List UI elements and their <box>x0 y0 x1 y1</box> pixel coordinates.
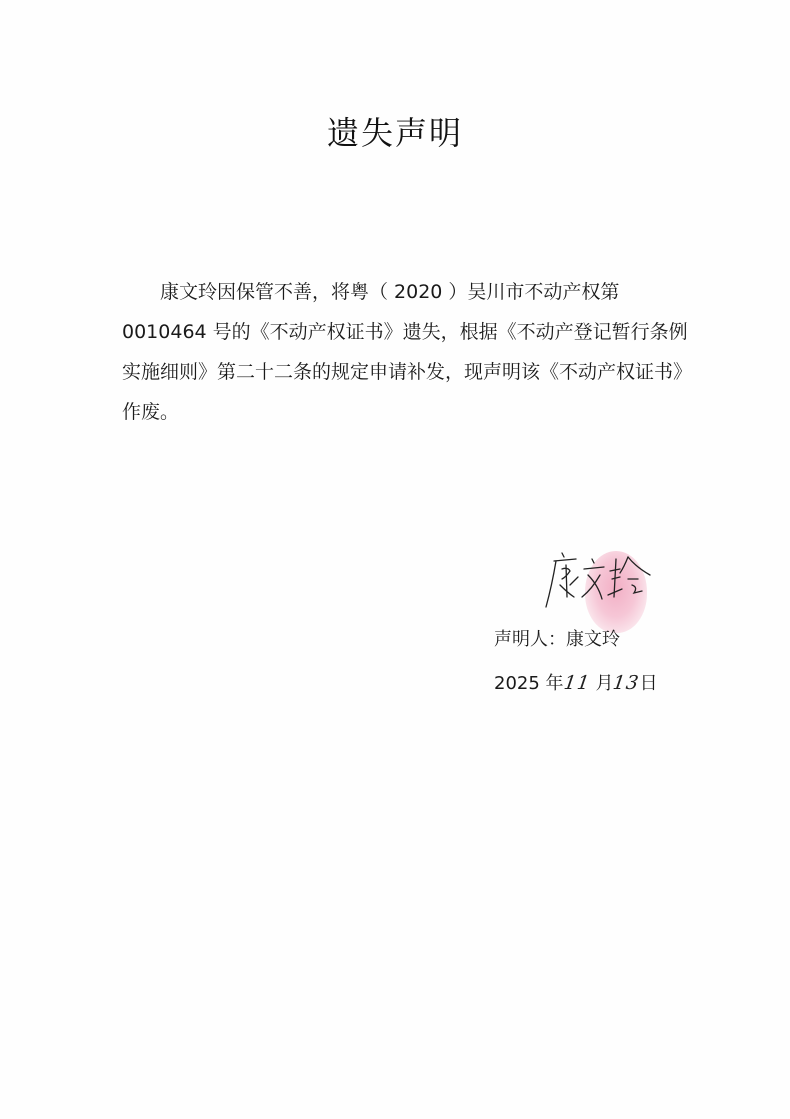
declarant-name: 康文玲 <box>566 629 620 650</box>
signature-block: 声明人：康文玲 2025 年11 月13日 <box>490 545 690 715</box>
declarant-label: 声明人： <box>494 629 566 650</box>
date-year: 2025 <box>494 673 540 694</box>
paragraph-line: 0010464 号的《不动产权证书》遗失，根据《不动产登记暂行条例 <box>122 312 682 352</box>
date-month-handwritten: 11 <box>562 672 591 694</box>
date-year-suffix: 年 <box>546 673 564 694</box>
declarant-line: 声明人：康文玲 <box>494 625 620 651</box>
declaration-paragraph: 康文玲因保管不善，将粤（ 2020 ）吴川市不动产权第 0010464 号的《不… <box>122 272 682 432</box>
paragraph-line: 康文玲因保管不善，将粤（ 2020 ）吴川市不动产权第 <box>122 272 682 312</box>
declaration-date: 2025 年11 月13日 <box>494 669 658 695</box>
paragraph-line: 作废。 <box>122 392 682 432</box>
date-day-suffix: 日 <box>640 673 658 694</box>
handwritten-signature-icon <box>540 545 660 615</box>
date-day-handwritten: 13 <box>612 672 641 694</box>
page-title: 遗失声明 <box>0 108 790 154</box>
document-page: 遗失声明 康文玲因保管不善，将粤（ 2020 ）吴川市不动产权第 0010464… <box>0 0 790 1119</box>
paragraph-line: 实施细则》第二十二条的规定申请补发，现声明该《不动产权证书》 <box>122 352 682 392</box>
